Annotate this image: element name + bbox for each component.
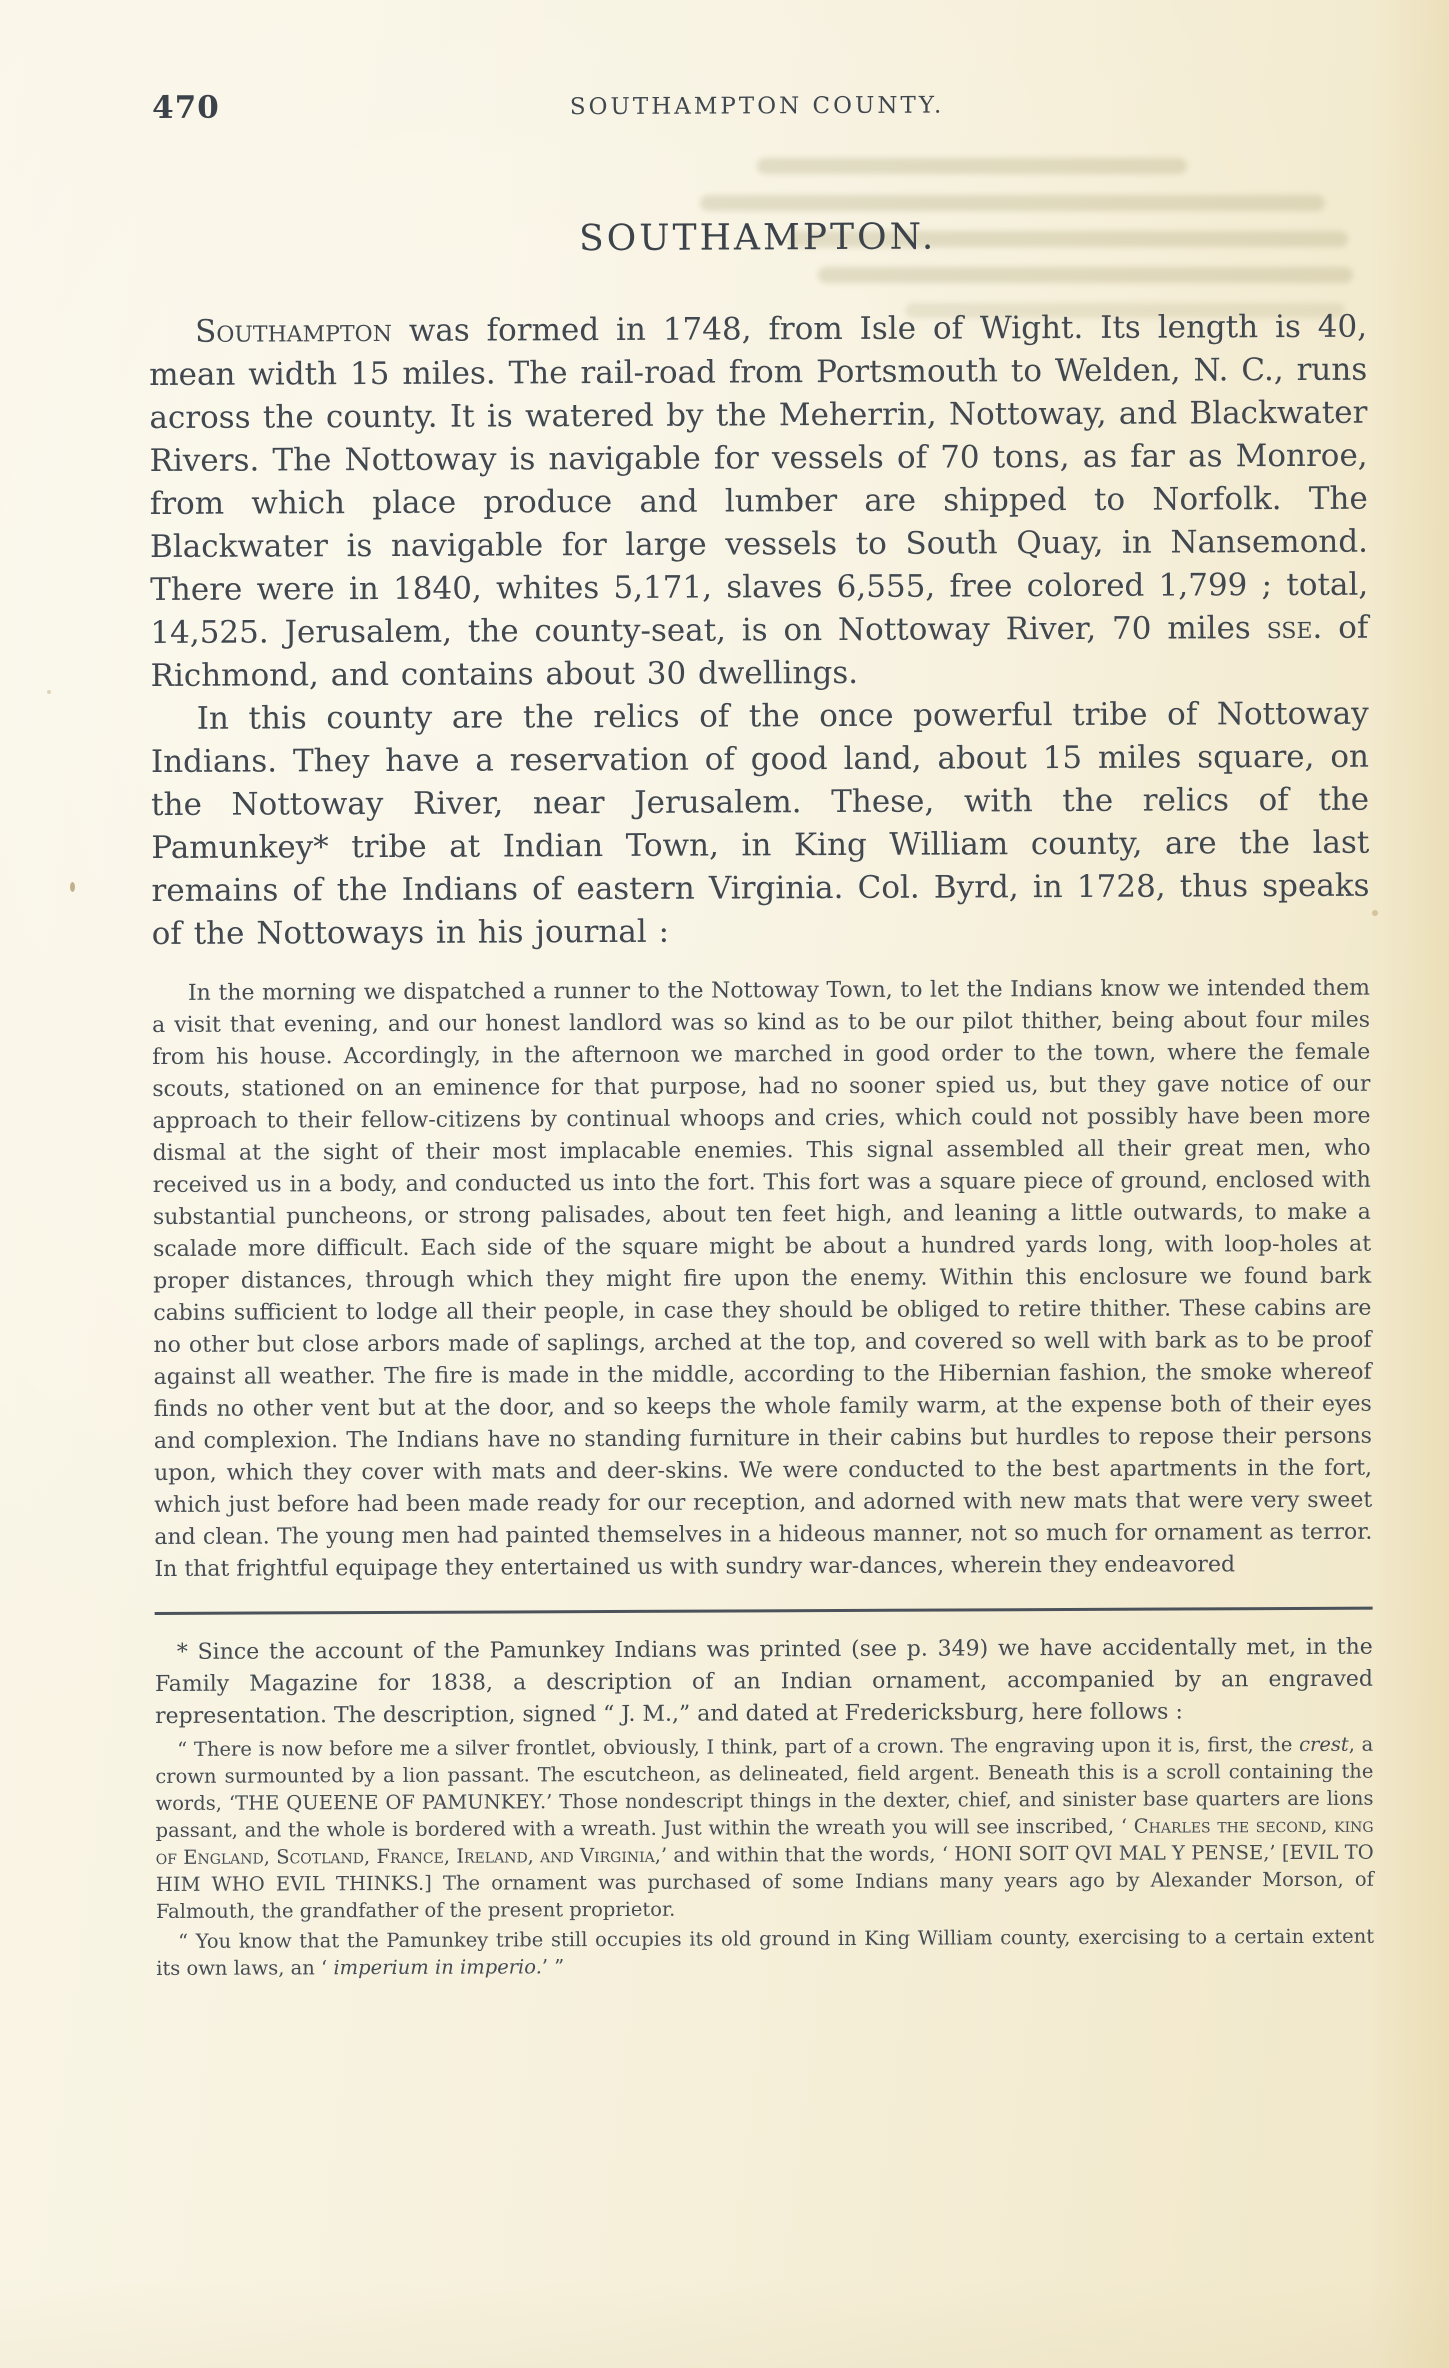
page-header: 470 SOUTHAMPTON COUNTY. [148, 85, 1366, 130]
footnote-paragraph-2: “ There is now before me a silver frontl… [155, 1731, 1374, 1925]
scan-artifact [47, 690, 51, 694]
body-paragraph-2: In this county are the relics of the onc… [151, 693, 1370, 956]
body-paragraph-1: Southampton was formed in 1748, from Isl… [149, 306, 1369, 698]
footnote-divider [155, 1607, 1373, 1615]
book-page-scan: 470 SOUTHAMPTON COUNTY. SOUTHAMPTON. Sou… [0, 0, 1449, 2368]
footnote-paragraph-3: “ You know that the Pamunkey tribe still… [156, 1923, 1374, 1982]
footnote-paragraph-1: * Since the account of the Pamunkey Indi… [155, 1632, 1373, 1733]
running-head: SOUTHAMPTON COUNTY. [148, 91, 1366, 122]
scan-artifact [1372, 910, 1378, 916]
section-title: SOUTHAMPTON. [149, 215, 1367, 261]
scan-artifact [70, 882, 75, 892]
page-bottom-shading [0, 2278, 1449, 2368]
page-edge-shading [1369, 0, 1449, 2368]
byrd-journal-quote: In the morning we dispatched a runner to… [152, 973, 1373, 1586]
text-column: 470 SOUTHAMPTON COUNTY. SOUTHAMPTON. Sou… [148, 85, 1374, 1982]
